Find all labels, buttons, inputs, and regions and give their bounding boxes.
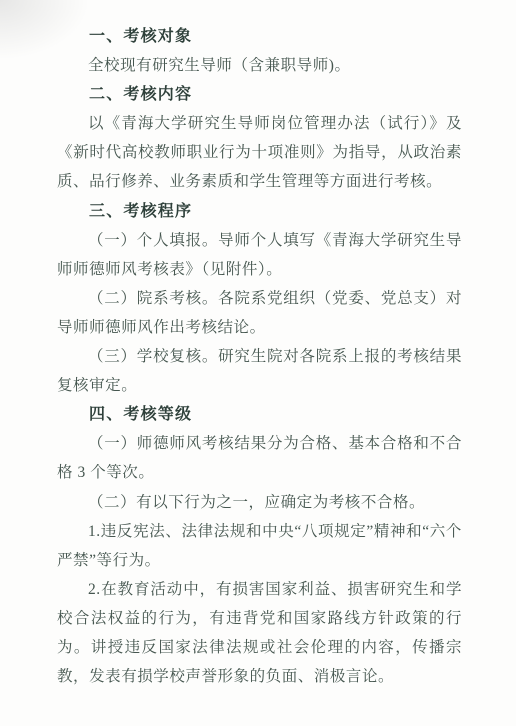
paragraph-fail-condition-2: 2.在教育活动中，有损害国家利益、损害研究生和学校合法权益的行为，有违背党和国家…	[57, 575, 462, 691]
section-heading-assessment-target: 一、考核对象	[57, 22, 462, 51]
paragraph-fail-condition-1: 1.违反宪法、法律法规和中央“八项规定”精神和“六个严禁”等行为。	[57, 517, 462, 575]
paragraph-fail-conditions-intro: （二）有以下行为之一，应确定为考核不合格。	[57, 488, 462, 517]
document-body: 一、考核对象 全校现有研究生导师（含兼职导师)。 二、考核内容 以《青海大学研究…	[0, 0, 516, 691]
paragraph-assessment-target: 全校现有研究生导师（含兼职导师)。	[57, 51, 462, 80]
paragraph-grade-levels: （一）师德师风考核结果分为合格、基本合格和不合格 3 个等次。	[57, 429, 462, 487]
section-heading-assessment-procedure: 三、考核程序	[57, 197, 462, 226]
section-heading-assessment-grades: 四、考核等级	[57, 400, 462, 429]
paragraph-procedure-school-verification: （三）学校复核。研究生院对各院系上报的考核结果复核审定。	[57, 342, 462, 400]
paragraph-procedure-department-review: （二）院系考核。各院系党组织（党委、党总支）对导师师德师风作出考核结论。	[57, 284, 462, 342]
paragraph-procedure-individual-report: （一）个人填报。导师个人填写《青海大学研究生导师师德师风考核表》（见附件）。	[57, 226, 462, 284]
section-heading-assessment-content: 二、考核内容	[57, 80, 462, 109]
paragraph-assessment-content: 以《青海大学研究生导师岗位管理办法（试行）》及《新时代高校教师职业行为十项准则》…	[57, 109, 462, 196]
document-page: 一、考核对象 全校现有研究生导师（含兼职导师)。 二、考核内容 以《青海大学研究…	[0, 0, 516, 726]
